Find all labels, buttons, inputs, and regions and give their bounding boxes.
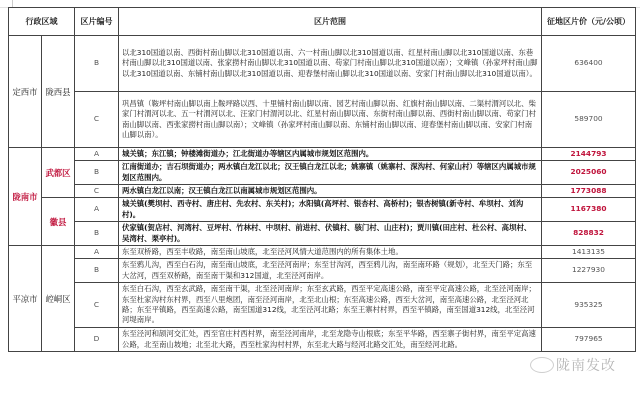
- zone-code: C: [75, 185, 119, 198]
- county-cell: 陇西县: [42, 36, 75, 148]
- zone-code: B: [75, 259, 119, 283]
- watermark: 陇南发改: [556, 355, 616, 375]
- zone-range: 城关镇；东江镇；钟楼滩街道办；江北街道办等辖区内属城市规划区范围内。: [119, 148, 542, 161]
- zone-code: C: [75, 283, 119, 328]
- zone-price: 589700: [542, 92, 636, 148]
- zone-range: 伏家镇(贺店村、河湾村、豆坪村、竹林村、中坝村、前进村、伏镇村、骇门村、山庄村)…: [119, 222, 542, 246]
- table-row: B 伏家镇(贺店村、河湾村、豆坪村、竹林村、中坝村、前进村、伏镇村、骇门村、山庄…: [9, 222, 636, 246]
- county-cell: 武都区: [42, 148, 75, 198]
- county-cell: 徽县: [42, 198, 75, 246]
- county-cell: 崆峒区: [42, 246, 75, 352]
- zone-range: 两水镇白龙江以南；汉王镇白龙江以南属城市规划区范围内。: [119, 185, 542, 198]
- header-zone-range: 区片范围: [119, 8, 542, 36]
- table-row: 陇南市 武都区 A 城关镇；东江镇；钟楼滩街道办；江北街道办等辖区内属城市规划区…: [9, 148, 636, 161]
- zone-price: 1413135: [542, 246, 636, 259]
- zone-code: D: [75, 328, 119, 352]
- table-row: 平凉市 崆峒区 A 东至双桥路，西至丰收路，南至南山坡底，北至泾河风情大道范围内…: [9, 246, 636, 259]
- table-row: 徽县 A 城关镇(樊坝村、西寺村、唐庄村、先农村、东关村)；水阳镇(高坪村、银杏…: [9, 198, 636, 222]
- city-cell: 平凉市: [9, 246, 42, 352]
- zone-price: 828832: [542, 222, 636, 246]
- zone-range: 以北310国道以南、西街村南山脚以北310国道以南、六一村南山脚以北310国道以…: [119, 36, 542, 92]
- zone-price: 2144793: [542, 148, 636, 161]
- zone-code: C: [75, 92, 119, 148]
- table-row: C 东至白石沟，西至玄武路，南至南干渠，北至泾河南岸；东至玄武路，西至平定高速公…: [9, 283, 636, 328]
- zone-code: A: [75, 246, 119, 259]
- zone-code: B: [75, 36, 119, 92]
- zone-range: 巩昌镇（鞍坪村南山脚以南上鞍坪路以西、十里铺村南山脚以南、园艺村南山脚以南、红旗…: [119, 92, 542, 148]
- zone-range: 东至双桥路，西至丰收路，南至南山坡底，北至泾河风情大道范围内的所有集体土地。: [119, 246, 542, 259]
- table-row: C 两水镇白龙江以南；汉王镇白龙江以南属城市规划区范围内。 1773088: [9, 185, 636, 198]
- header-price: 征地区片价（元/公顷）: [542, 8, 636, 36]
- land-price-table: 行政区域 区片编号 区片范围 征地区片价（元/公顷） 定西市 陇西县 B 以北3…: [8, 7, 636, 352]
- zone-code: A: [75, 198, 119, 222]
- city-cell: 陇南市: [9, 148, 42, 246]
- zone-price: 2025060: [542, 161, 636, 185]
- table-row: B 江南街道办；吉石坝街道办；两水镇白龙江以北；汉王镇白龙江以北；姚寨镇（姚寨村…: [9, 161, 636, 185]
- table-row: C 巩昌镇（鞍坪村南山脚以南上鞍坪路以西、十里铺村南山脚以南、园艺村南山脚以南、…: [9, 92, 636, 148]
- zone-range: 江南街道办；吉石坝街道办；两水镇白龙江以北；汉王镇白龙江以北；姚寨镇（姚寨村、深…: [119, 161, 542, 185]
- zone-code: B: [75, 161, 119, 185]
- header-admin-area: 行政区域: [9, 8, 75, 36]
- zone-price: 1167380: [542, 198, 636, 222]
- zone-price: 935325: [542, 283, 636, 328]
- zone-range: 城关镇(樊坝村、西寺村、唐庄村、先农村、东关村)；水阳镇(高坪村、银杏村、高桥村…: [119, 198, 542, 222]
- table-row: B 东至鸦儿沟，西至白石沟，南至南山坡底，北至泾河南岸；东至甘沟河，西至鸦儿沟，…: [9, 259, 636, 283]
- zone-price: 1227930: [542, 259, 636, 283]
- zone-price: 797965: [542, 328, 636, 352]
- table-row: D 东至泾河和颉河交汇处，西至官庄村西村界，南至泾河南岸，北至龙隐寺山根底；东至…: [9, 328, 636, 352]
- zone-price: 1773088: [542, 185, 636, 198]
- wechat-logo-icon: [530, 357, 554, 373]
- table-header-row: 行政区域 区片编号 区片范围 征地区片价（元/公顷）: [9, 8, 636, 36]
- zone-code: A: [75, 148, 119, 161]
- zone-price: 636400: [542, 36, 636, 92]
- zone-code: B: [75, 222, 119, 246]
- header-zone-code: 区片编号: [75, 8, 119, 36]
- zone-range: 东至鸦儿沟，西至白石沟，南至南山坡底，北至泾河南岸；东至甘沟河，西至鸦儿沟，南至…: [119, 259, 542, 283]
- zone-range: 东至白石沟，西至玄武路，南至南干渠，北至泾河南岸；东至玄武路，西至平定高速公路，…: [119, 283, 542, 328]
- city-cell: 定西市: [9, 36, 42, 148]
- zone-range: 东至泾河和颉河交汇处，西至官庄村西村界，南至泾河南岸，北至龙隐寺山根底；东至平华…: [119, 328, 542, 352]
- table-row: 定西市 陇西县 B 以北310国道以南、西街村南山脚以北310国道以南、六一村南…: [9, 36, 636, 92]
